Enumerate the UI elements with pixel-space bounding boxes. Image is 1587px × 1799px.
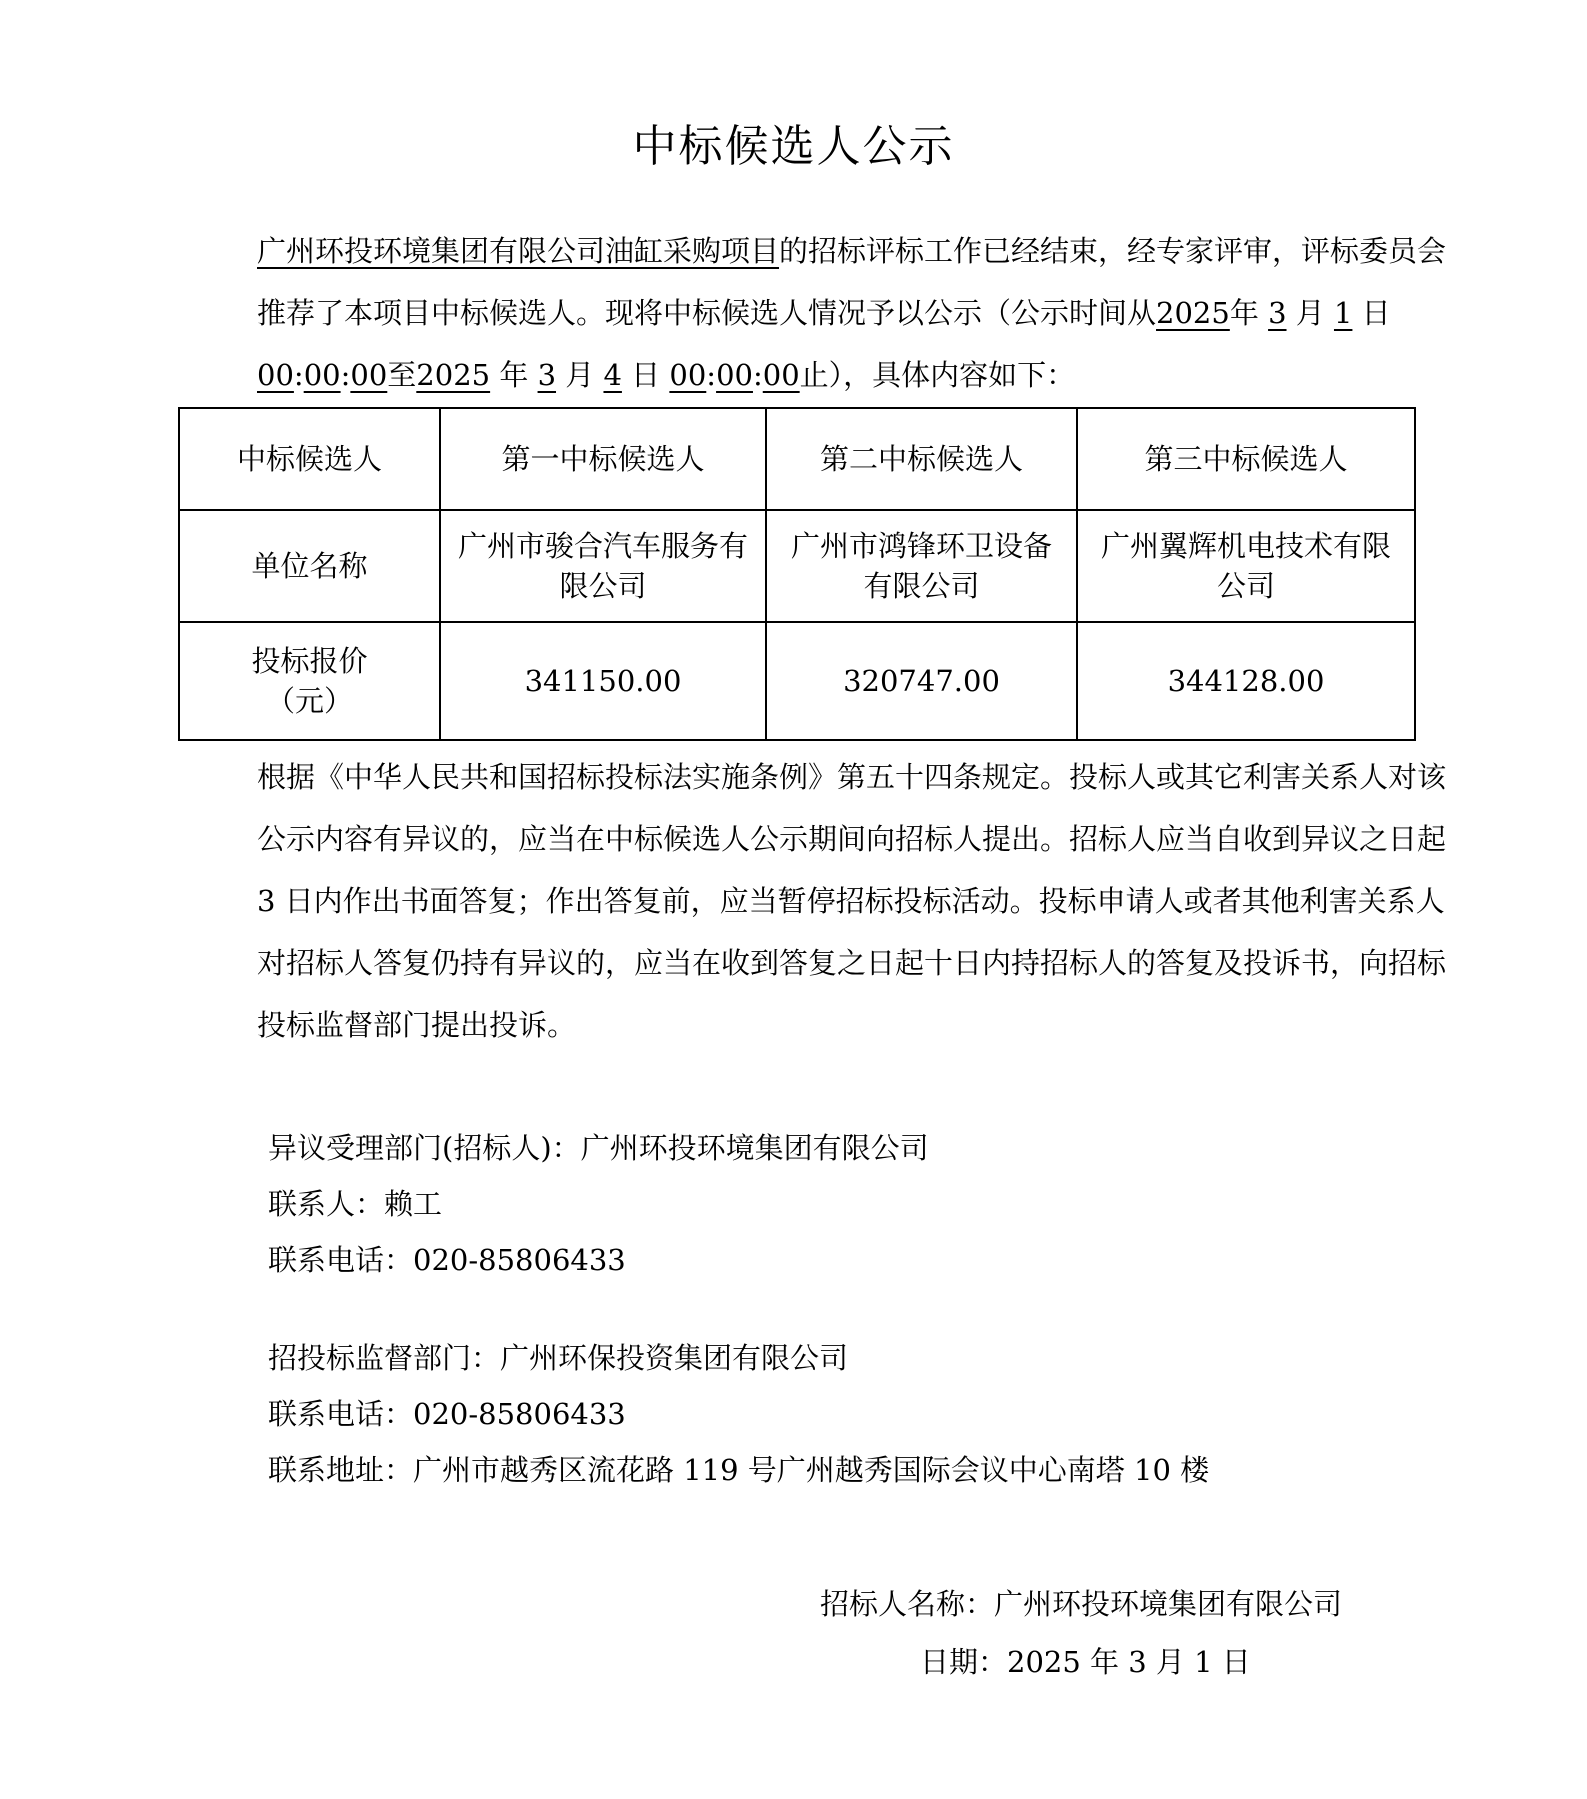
supervision-contact-block: 招投标监督部门：广州环保投资集团有限公司 联系电话：020-85806433 联… bbox=[268, 1330, 1209, 1498]
end-day: 4 bbox=[603, 358, 621, 392]
signature-date: 日期：2025 年 3 月 1 日 bbox=[920, 1640, 1251, 1681]
objection-department: 异议受理部门(招标人)：广州环投环境集团有限公司 bbox=[268, 1120, 929, 1176]
table-header-row: 中标候选人 第一中标候选人 第二中标候选人 第三中标候选人 bbox=[179, 408, 1415, 510]
law-paragraph: 根据《中华人民共和国招标投标法实施条例》第五十四条规定。投标人或其它利害关系人对… bbox=[193, 746, 1462, 1056]
table-header-cell: 第一中标候选人 bbox=[440, 408, 766, 510]
company-name-2: 广州市鸿锋环卫设备有限公司 bbox=[766, 510, 1077, 622]
bid-price-3: 344128.00 bbox=[1077, 622, 1415, 740]
supervision-phone: 联系电话：020-85806433 bbox=[268, 1386, 1209, 1442]
year-char: 年 bbox=[1230, 296, 1259, 330]
objection-phone: 联系电话：020-85806433 bbox=[268, 1232, 929, 1288]
end-year: 2025 bbox=[416, 358, 490, 392]
end-minute: 00 bbox=[716, 358, 753, 392]
table-header-cell: 第三中标候选人 bbox=[1077, 408, 1415, 510]
day-char: 日 bbox=[631, 358, 660, 392]
intro-tail: 止），具体内容如下： bbox=[800, 358, 1076, 392]
start-second: 00 bbox=[350, 358, 387, 392]
company-name-1: 广州市骏合汽车服务有限公司 bbox=[440, 510, 766, 622]
bid-price-2: 320747.00 bbox=[766, 622, 1077, 740]
end-month: 3 bbox=[538, 358, 556, 392]
objection-contact-block: 异议受理部门(招标人)：广州环投环境集团有限公司 联系人：赖工 联系电话：020… bbox=[268, 1120, 929, 1288]
year-char: 年 bbox=[499, 358, 528, 392]
row-label: 单位名称 bbox=[179, 510, 440, 622]
month-char: 月 bbox=[565, 358, 594, 392]
end-second: 00 bbox=[763, 358, 800, 392]
table-row: 单位名称 广州市骏合汽车服务有限公司 广州市鸿锋环卫设备有限公司 广州翼辉机电技… bbox=[179, 510, 1415, 622]
table-header-cell: 第二中标候选人 bbox=[766, 408, 1077, 510]
start-day: 1 bbox=[1334, 296, 1352, 330]
table-header-cell: 中标候选人 bbox=[179, 408, 440, 510]
intro-paragraph: 广州环投环境集团有限公司油缸采购项目的招标评标工作已经结束，经专家评审，评标委员… bbox=[193, 220, 1462, 406]
table-row: 投标报价（元） 341150.00 320747.00 344128.00 bbox=[179, 622, 1415, 740]
end-hour: 00 bbox=[669, 358, 706, 392]
supervision-department: 招投标监督部门：广州环保投资集团有限公司 bbox=[268, 1330, 1209, 1386]
document-title: 中标候选人公示 bbox=[0, 110, 1587, 174]
start-hour: 00 bbox=[257, 358, 294, 392]
month-char: 月 bbox=[1296, 296, 1325, 330]
row-label: 投标报价（元） bbox=[179, 622, 440, 740]
tenderer-signature: 招标人名称：广州环投环境集团有限公司 bbox=[820, 1582, 1342, 1623]
day-char: 日 bbox=[1362, 296, 1391, 330]
to-char: 至 bbox=[387, 358, 416, 392]
row-label-unit: （元） bbox=[192, 681, 427, 721]
project-name: 广州环投环境集团有限公司油缸采购项目 bbox=[257, 234, 779, 268]
start-minute: 00 bbox=[304, 358, 341, 392]
bid-price-1: 341150.00 bbox=[440, 622, 766, 740]
candidates-table: 中标候选人 第一中标候选人 第二中标候选人 第三中标候选人 单位名称 广州市骏合… bbox=[178, 407, 1416, 741]
supervision-address: 联系地址：广州市越秀区流花路 119 号广州越秀国际会议中心南塔 10 楼 bbox=[268, 1442, 1209, 1498]
row-label-line: 投标报价 bbox=[192, 641, 427, 681]
start-year: 2025 bbox=[1156, 296, 1230, 330]
company-name-3: 广州翼辉机电技术有限公司 bbox=[1077, 510, 1415, 622]
contact-person: 联系人：赖工 bbox=[268, 1176, 929, 1232]
start-month: 3 bbox=[1268, 296, 1286, 330]
